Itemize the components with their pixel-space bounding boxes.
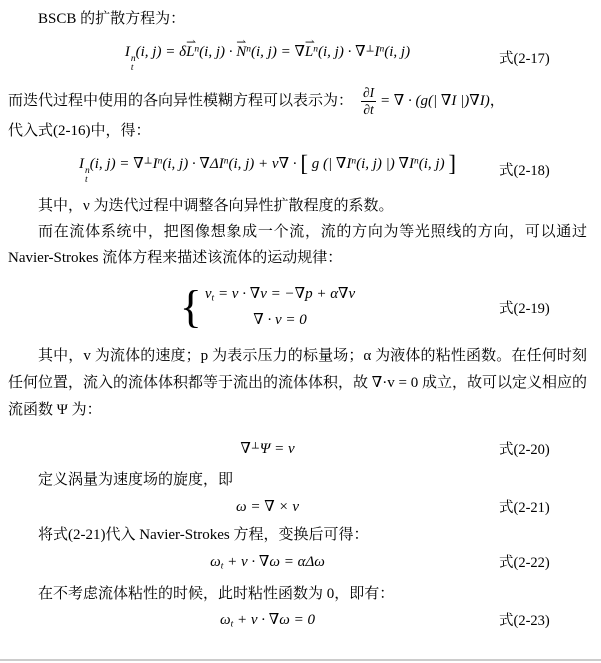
paragraph-text: ， — [490, 88, 505, 114]
eq-token: [ — [300, 151, 308, 176]
eq-token: ∇⊥ — [355, 44, 374, 60]
vector-arrow: ⇀ — [186, 35, 196, 50]
paragraph-no-viscosity: 在不考虑流体粘性的时候，此时粘性函数为 0，即有： — [8, 581, 601, 607]
eq-token: {vt = v · ∇v = −∇p + α∇v∇ · v = 0 — [180, 283, 355, 331]
eq-token: = v · ∇v = −∇p + α∇v — [214, 286, 355, 302]
eq-token: (i, j) · ∇ΔIn — [162, 156, 228, 172]
equation-row-2-20: ∇⊥Ψ = v 式(2-20) — [8, 438, 601, 459]
eq-token: vt — [205, 286, 214, 302]
eq-token: In — [375, 44, 385, 60]
paragraph-substitute-216: 代入式(2-16)中，得： — [8, 118, 601, 144]
equation-2-17: Int(i, j) = δL⇀n(i, j) · N⇀n(i, j) = ∇L⇀… — [8, 42, 499, 73]
equation-2-22: ωt + v · ∇ω = αΔω — [8, 552, 499, 571]
eq-token: ωt — [220, 612, 233, 628]
paragraph-velocity-pressure: 其中，v 为流体的速度；p 为表示压力的标量场；α 为液体的粘性函数。在任何时刻… — [8, 343, 601, 424]
eq-token: In — [153, 156, 163, 172]
eq-token: + v · ∇ω = αΔω — [223, 554, 324, 570]
equation-2-21: ω = ∇ × v — [8, 497, 499, 516]
eq-token: (i, j) = δ — [136, 44, 186, 60]
equation-row-2-22: ωt + v · ∇ω = αΔω 式(2-22) — [8, 551, 601, 572]
eq-token: Int — [125, 44, 136, 60]
eq-token: N⇀n — [236, 44, 251, 60]
equation-2-19: {vt = v · ∇v = −∇p + α∇v∇ · v = 0 — [8, 283, 499, 331]
eq-token: L⇀n — [186, 44, 199, 60]
paragraph-anisotropic-blur: 而迭代过程中使用的各向异性模糊方程可以表示为： ∂I∂t = ∇ · (g(| … — [8, 85, 601, 118]
eq-token: L⇀n — [305, 44, 318, 60]
paragraph-fluid-system: 而在流体系统中，把图像想象成一个流，流的方向为等光照线的方向，可以通过 Navi… — [8, 219, 601, 271]
eq-token: (i, j) |) ∇ — [356, 156, 409, 172]
eq-token: (i, j) + ν∇ · — [228, 156, 300, 172]
paragraph-vorticity-definition: 定义涡量为速度场的旋度，即 — [8, 467, 601, 493]
eq-token: ∇⊥ — [240, 441, 259, 457]
equation-label-2-21: 式(2-21) — [499, 496, 559, 517]
equation-row-2-17: Int(i, j) = δL⇀n(i, j) · N⇀n(i, j) = ∇L⇀… — [8, 42, 601, 73]
eq-token: (i, j) · — [318, 44, 355, 60]
inline-equation-diffusion: ∂I∂t = ∇ · (g(| ∇I |)∇I) — [353, 85, 490, 118]
eq-token: (i, j) · — [199, 44, 236, 60]
eq-token: ∂I∂t — [361, 85, 376, 118]
eq-token: ω = ∇ × v — [236, 499, 299, 515]
equation-label-2-23: 式(2-23) — [499, 609, 559, 630]
equation-label-2-17: 式(2-17) — [499, 47, 559, 68]
equation-label-2-18: 式(2-18) — [499, 159, 559, 180]
paragraph-substitute-221: 将式(2-21)代入 Navier-Strokes 方程，变换后可得： — [8, 522, 601, 548]
eq-token: ωt — [210, 554, 223, 570]
eq-token: g (| ∇ — [308, 156, 346, 172]
vector-arrow: ⇀ — [236, 35, 246, 50]
eq-token: In — [409, 156, 419, 172]
eq-token: ∇⊥ — [133, 156, 152, 172]
equation-2-18: Int(i, j) = ∇⊥In(i, j) · ∇ΔIn(i, j) + ν∇… — [8, 154, 499, 185]
equation-label-2-20: 式(2-20) — [499, 438, 559, 459]
equation-row-2-21: ω = ∇ × v 式(2-21) — [8, 496, 601, 517]
equation-2-23: ωt + v · ∇ω = 0 — [8, 610, 499, 629]
paragraph-text: 而迭代过程中使用的各向异性模糊方程可以表示为： — [8, 88, 353, 114]
eq-token: + v · ∇ω = 0 — [233, 612, 315, 628]
eq-token: ∇ · v = 0 — [253, 312, 307, 328]
equation-label-2-22: 式(2-22) — [499, 551, 559, 572]
vector-arrow: ⇀ — [305, 35, 315, 50]
eq-token: (i, j) — [419, 156, 449, 172]
equation-label-2-19: 式(2-19) — [499, 297, 559, 318]
eq-token: (i, j) = — [90, 156, 133, 172]
equation-row-2-18: Int(i, j) = ∇⊥In(i, j) · ∇ΔIn(i, j) + ν∇… — [8, 154, 601, 185]
equation-row-2-23: ωt + v · ∇ω = 0 式(2-23) — [8, 609, 601, 630]
equation-row-2-19: {vt = v · ∇v = −∇p + α∇v∇ · v = 0 式(2-19… — [8, 283, 601, 331]
eq-token: In — [346, 156, 356, 172]
eq-token: (i, j) = ∇ — [251, 44, 305, 60]
eq-token: Ψ = v — [260, 441, 295, 457]
paragraph-bscb-intro: BSCB 的扩散方程为： — [8, 6, 601, 32]
eq-token: (i, j) — [384, 44, 410, 60]
eq-token: = ∇ · (g(| ∇I |)∇I) — [376, 93, 490, 109]
bottom-rule — [0, 659, 601, 661]
document-page: BSCB 的扩散方程为： Int(i, j) = δL⇀n(i, j) · N⇀… — [0, 0, 601, 663]
paragraph-nu-coefficient: 其中，ν 为迭代过程中调整各向异性扩散程度的系数。 — [8, 193, 601, 219]
eq-token: Int — [79, 156, 90, 172]
equation-2-20: ∇⊥Ψ = v — [8, 439, 499, 458]
eq-token: ] — [448, 151, 456, 176]
